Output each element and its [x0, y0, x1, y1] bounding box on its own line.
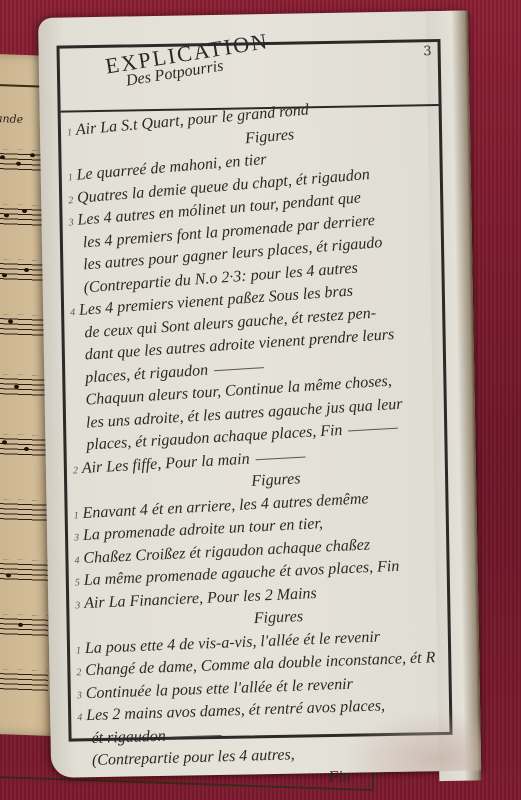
heading-block: EXPLICATION Des Potpourris [104, 28, 273, 93]
line-number: 4 [74, 555, 80, 566]
page-frame: 3 EXPLICATION Des Potpourris 1Air La S.t… [56, 39, 452, 742]
left-page-title-fragment: ande [0, 112, 23, 126]
line-number: 2 [76, 667, 81, 678]
line-text: Figures [251, 470, 301, 490]
line-number: 4 [77, 712, 82, 723]
instruction-lines: 1Air La S.t Quart, pour le grand rondFig… [67, 114, 445, 795]
line-rule [214, 366, 264, 370]
line-number: 3 [75, 600, 80, 611]
line-number: 1 [76, 645, 81, 656]
line-rule [256, 456, 306, 460]
line-rule [172, 734, 222, 737]
line-text: Figures [244, 126, 294, 147]
page-number: 3 [423, 44, 432, 59]
line-number: 1 [67, 127, 73, 138]
line-number: 3 [68, 217, 74, 228]
music-staff [0, 434, 48, 458]
thumb-blur [340, 710, 481, 772]
line-number: 2 [73, 465, 79, 476]
line-number: 5 [75, 577, 80, 588]
music-staff [0, 669, 48, 693]
line-number: 3 [74, 532, 80, 543]
line-number: 1 [67, 172, 73, 183]
line-text: ét rigaudon [91, 727, 166, 746]
line-number: 4 [70, 307, 76, 318]
music-staff [0, 374, 48, 398]
line-text: Figures [254, 608, 304, 627]
music-staff [0, 259, 48, 283]
explication-page: 3 EXPLICATION Des Potpourris 1Air La S.t… [38, 10, 481, 777]
line-text: (Contrepartie pour les 4 autres, [92, 746, 295, 769]
music-staff [0, 614, 48, 638]
line-number: 2 [68, 195, 74, 206]
music-staff [0, 559, 48, 583]
line-rule [348, 427, 398, 431]
line-number: 1 [73, 510, 79, 521]
music-staff [0, 499, 48, 523]
line-number: 3 [77, 690, 82, 701]
music-staff [0, 314, 48, 338]
